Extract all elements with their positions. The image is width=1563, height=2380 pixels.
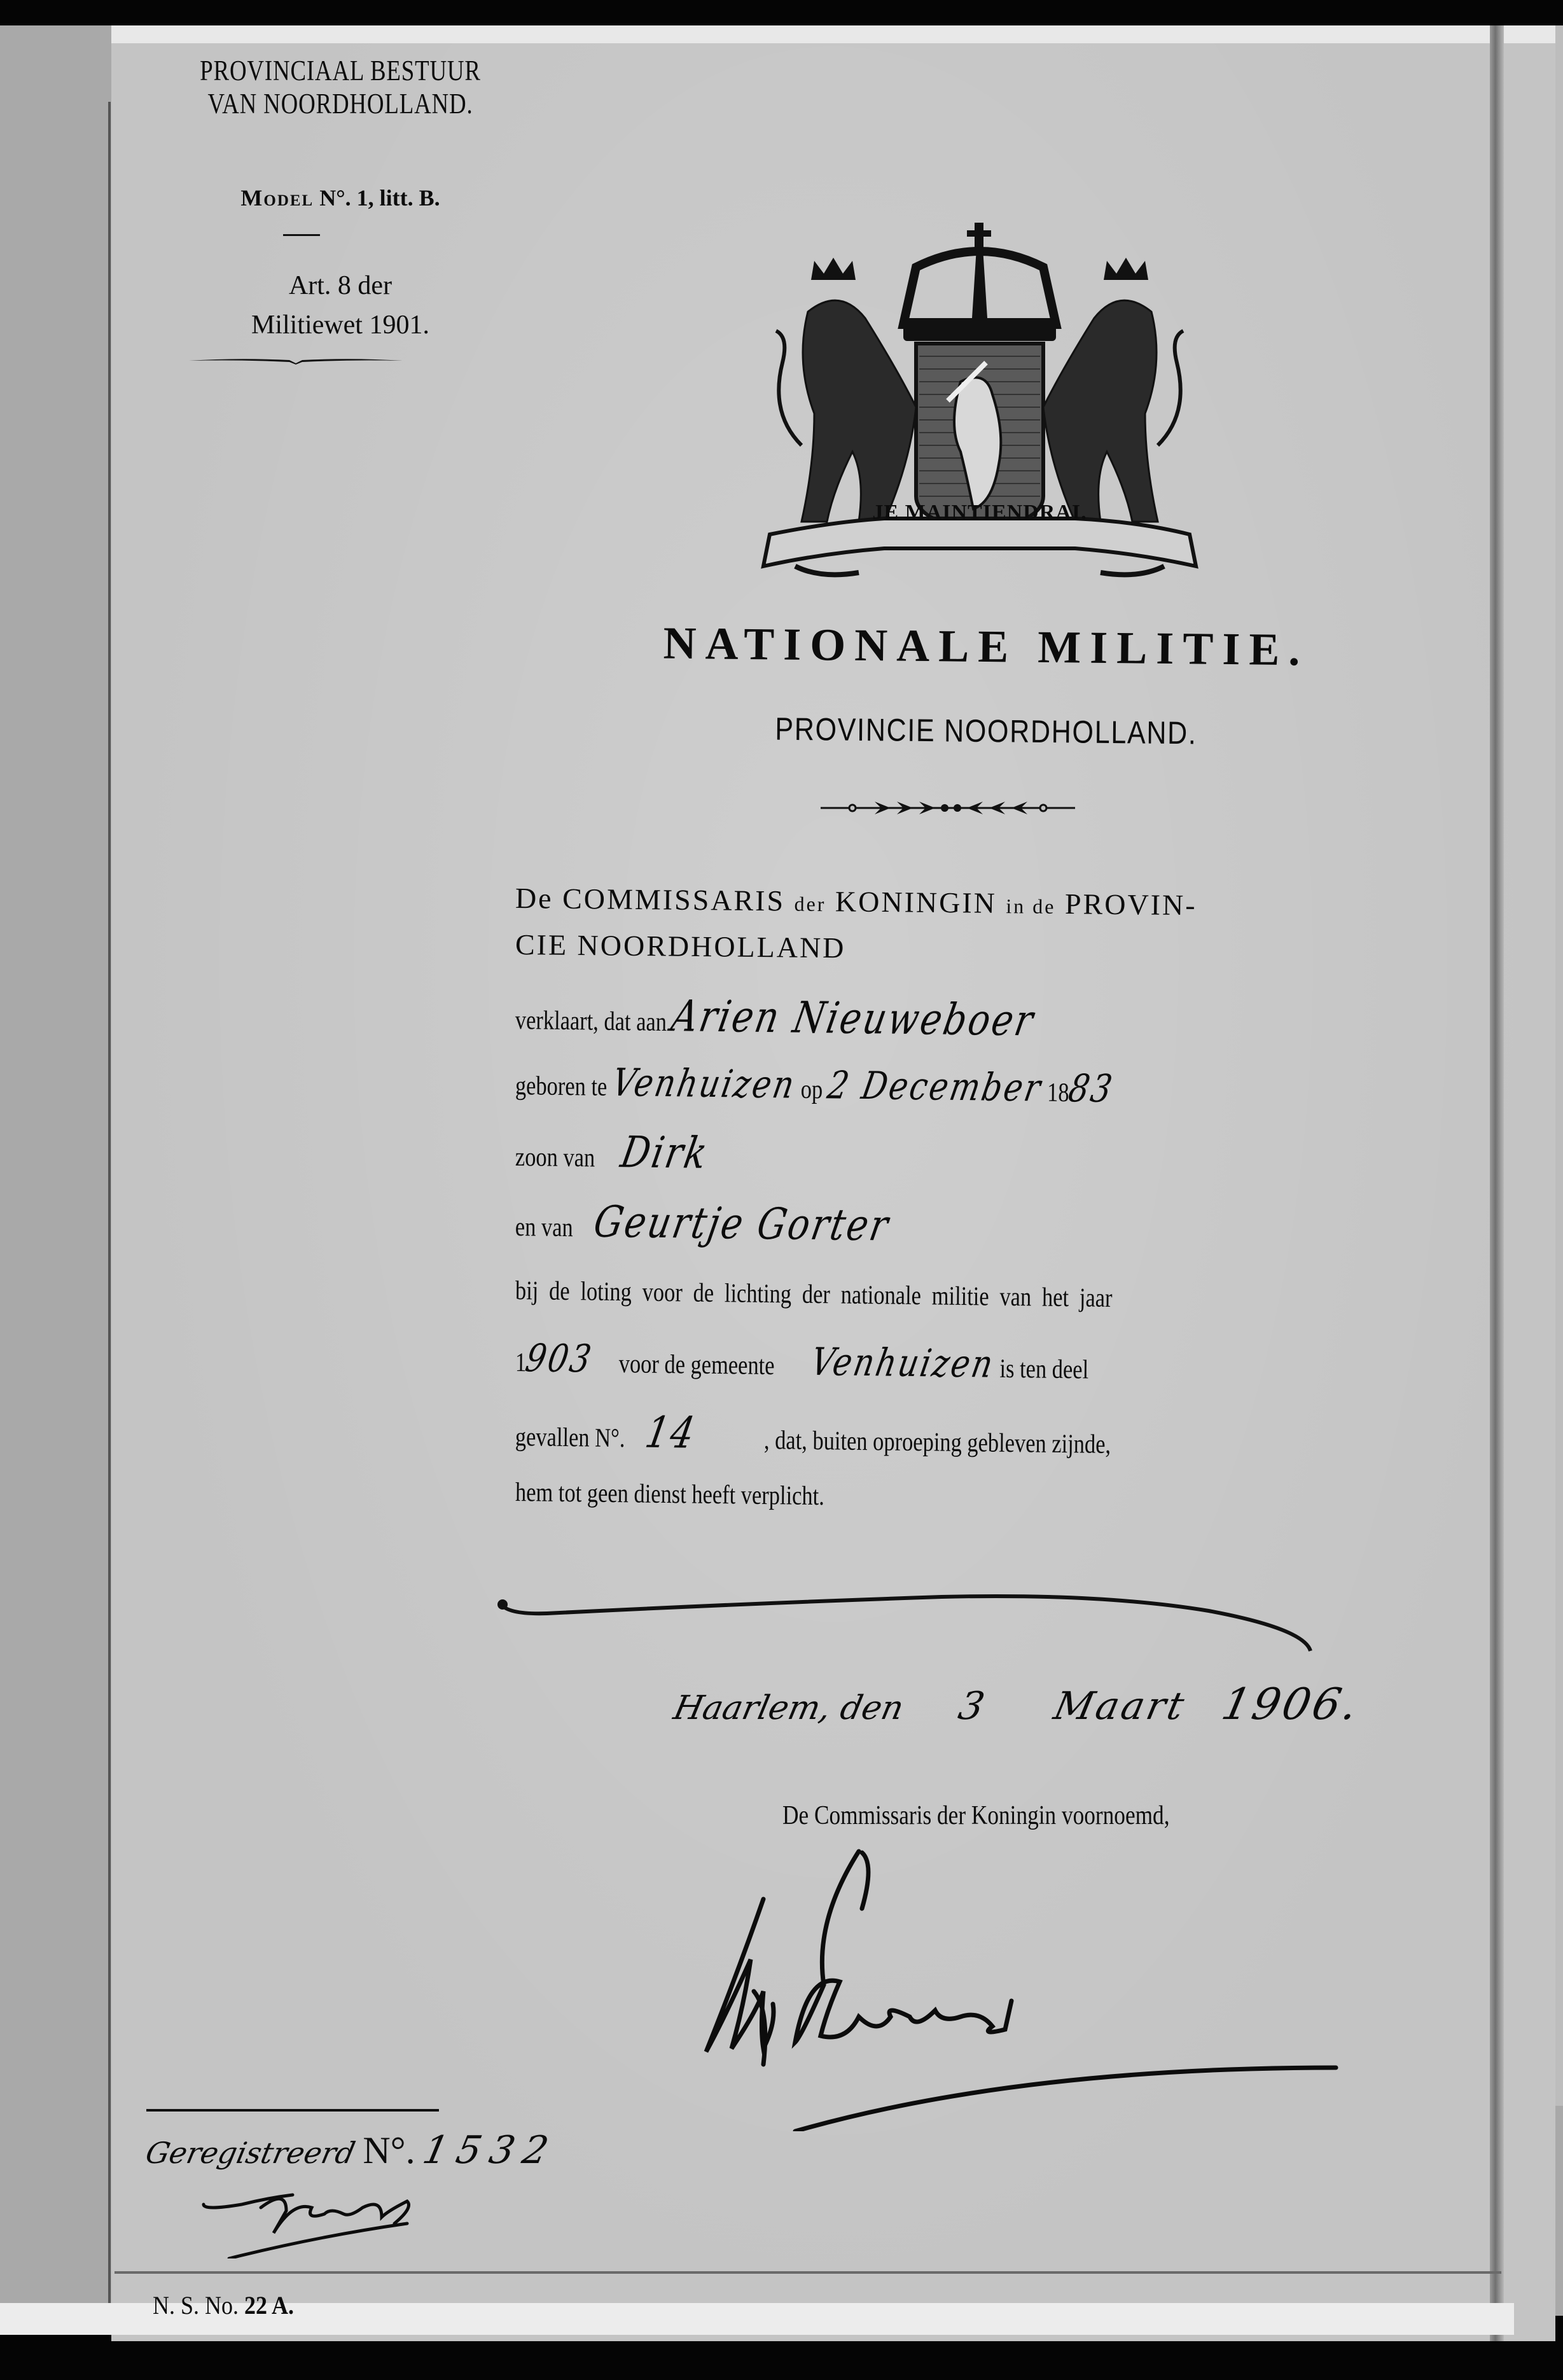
model-reference: Model N°. 1, litt. B. xyxy=(162,184,518,211)
bottom-rule xyxy=(115,2271,1501,2274)
header-flourish-icon xyxy=(188,356,404,365)
father-line: zoon van Dirk xyxy=(515,1126,1214,1185)
born-label: geboren te xyxy=(515,1071,608,1102)
model-number: N°. 1, litt. B. xyxy=(319,185,440,211)
person-name: Arien Nieuweboer xyxy=(667,991,1038,1046)
form-code-number: 22 A. xyxy=(244,2291,294,2320)
issue-month: Maart xyxy=(1050,1684,1190,1729)
intro-provin: PROVIN- xyxy=(1065,887,1197,921)
registration-line: Geregistreerd N°. 1532 xyxy=(146,2128,592,2173)
municipality-label: voor de gemeente xyxy=(619,1349,775,1381)
form-code-prefix: N. S. No. xyxy=(153,2291,239,2320)
father-name: Dirk xyxy=(617,1127,713,1179)
intro-commissaris: De COMMISSARIS xyxy=(515,882,786,917)
issue-day: 3 xyxy=(954,1684,990,1729)
closing-flourish-icon xyxy=(496,1584,1323,1654)
birth-place: Venhuizen xyxy=(609,1061,800,1108)
fallen-label: gevallen N°. xyxy=(515,1423,625,1453)
article-reference: Art. 8 der Militiewet 1901. xyxy=(162,266,518,345)
registration-number: 1532 xyxy=(419,2128,561,2173)
lottery-year-suffix: 903 xyxy=(522,1336,597,1381)
signature-icon xyxy=(700,1845,1400,2131)
mother-line: en van Geurtje Gorter xyxy=(515,1196,1214,1255)
birth-date: 2 December xyxy=(824,1063,1046,1110)
registration-rule xyxy=(146,2109,439,2112)
intro-der: der xyxy=(794,893,826,916)
municipality: Venhuizen xyxy=(807,1340,998,1387)
clerk-signature-icon xyxy=(191,2182,458,2258)
mother-name: Geurtje Gorter xyxy=(590,1197,894,1251)
lot-number-line: gevallen N°. 14 , dat, buiten oproeping … xyxy=(515,1406,1214,1465)
coat-of-arms-motto: JE MAINTIENDRAI. xyxy=(821,501,1139,525)
birth-year-suffix: 83 xyxy=(1065,1066,1117,1111)
issue-year: 1906. xyxy=(1217,1680,1364,1730)
lot-number: 14 xyxy=(642,1408,700,1459)
signer-title: De Commissaris der Koningin voornoemd, xyxy=(782,1800,1263,1831)
share-label: is ten deel xyxy=(999,1354,1088,1385)
place-and-date: Haarlem, den 3 Maart 1906. xyxy=(674,1680,1406,1730)
intro-koningin: KONINGIN xyxy=(835,885,997,919)
article-line-1: Art. 8 der xyxy=(162,266,518,305)
dutch-royal-coat-of-arms-icon xyxy=(757,223,1202,579)
and-of-label: en van xyxy=(515,1213,573,1242)
article-line-2: Militiewet 1901. xyxy=(162,305,518,345)
intro-in-de: in de xyxy=(1006,894,1055,918)
declaration-line: verklaart, dat aan Arien Nieuweboer xyxy=(515,989,1214,1048)
municipality-line: 1903 voor de gemeente Venhuizen is ten d… xyxy=(515,1336,1214,1389)
issuing-authority: PROVINCIAAL BESTUUR VAN NOORDHOLLAND. xyxy=(194,54,486,120)
registered-label: Geregistreerd xyxy=(142,2136,358,2170)
registration-number-prefix: N°. xyxy=(363,2129,415,2171)
on-label: op xyxy=(801,1075,823,1104)
model-label: Model xyxy=(240,185,314,211)
paper-edge-right xyxy=(1490,25,1504,2341)
outcome-text: , dat, buiten oproeping gebleven zijnde, xyxy=(764,1426,1111,1459)
place-label: Haarlem, den xyxy=(670,1689,907,1727)
document-subtitle: PROVINCIE NOORDHOLLAND. xyxy=(630,709,1342,753)
paper-fold-left xyxy=(108,102,111,2316)
declares-label: verklaart, dat aan xyxy=(515,1006,667,1037)
arrow-divider-ornament-icon xyxy=(814,798,1081,818)
header-dash xyxy=(283,234,320,236)
form-code: N. S. No. 22 A. xyxy=(153,2290,294,2320)
authority-line-1: PROVINCIAAL BESTUUR xyxy=(194,54,486,87)
son-of-label: zoon van xyxy=(515,1143,595,1173)
document-title: NATIONALE MILITIE. xyxy=(573,616,1400,678)
birth-line: geboren te Venhuizen op 2 December 1883 xyxy=(515,1059,1214,1113)
authority-line-2: VAN NOORDHOLLAND. xyxy=(194,87,486,120)
